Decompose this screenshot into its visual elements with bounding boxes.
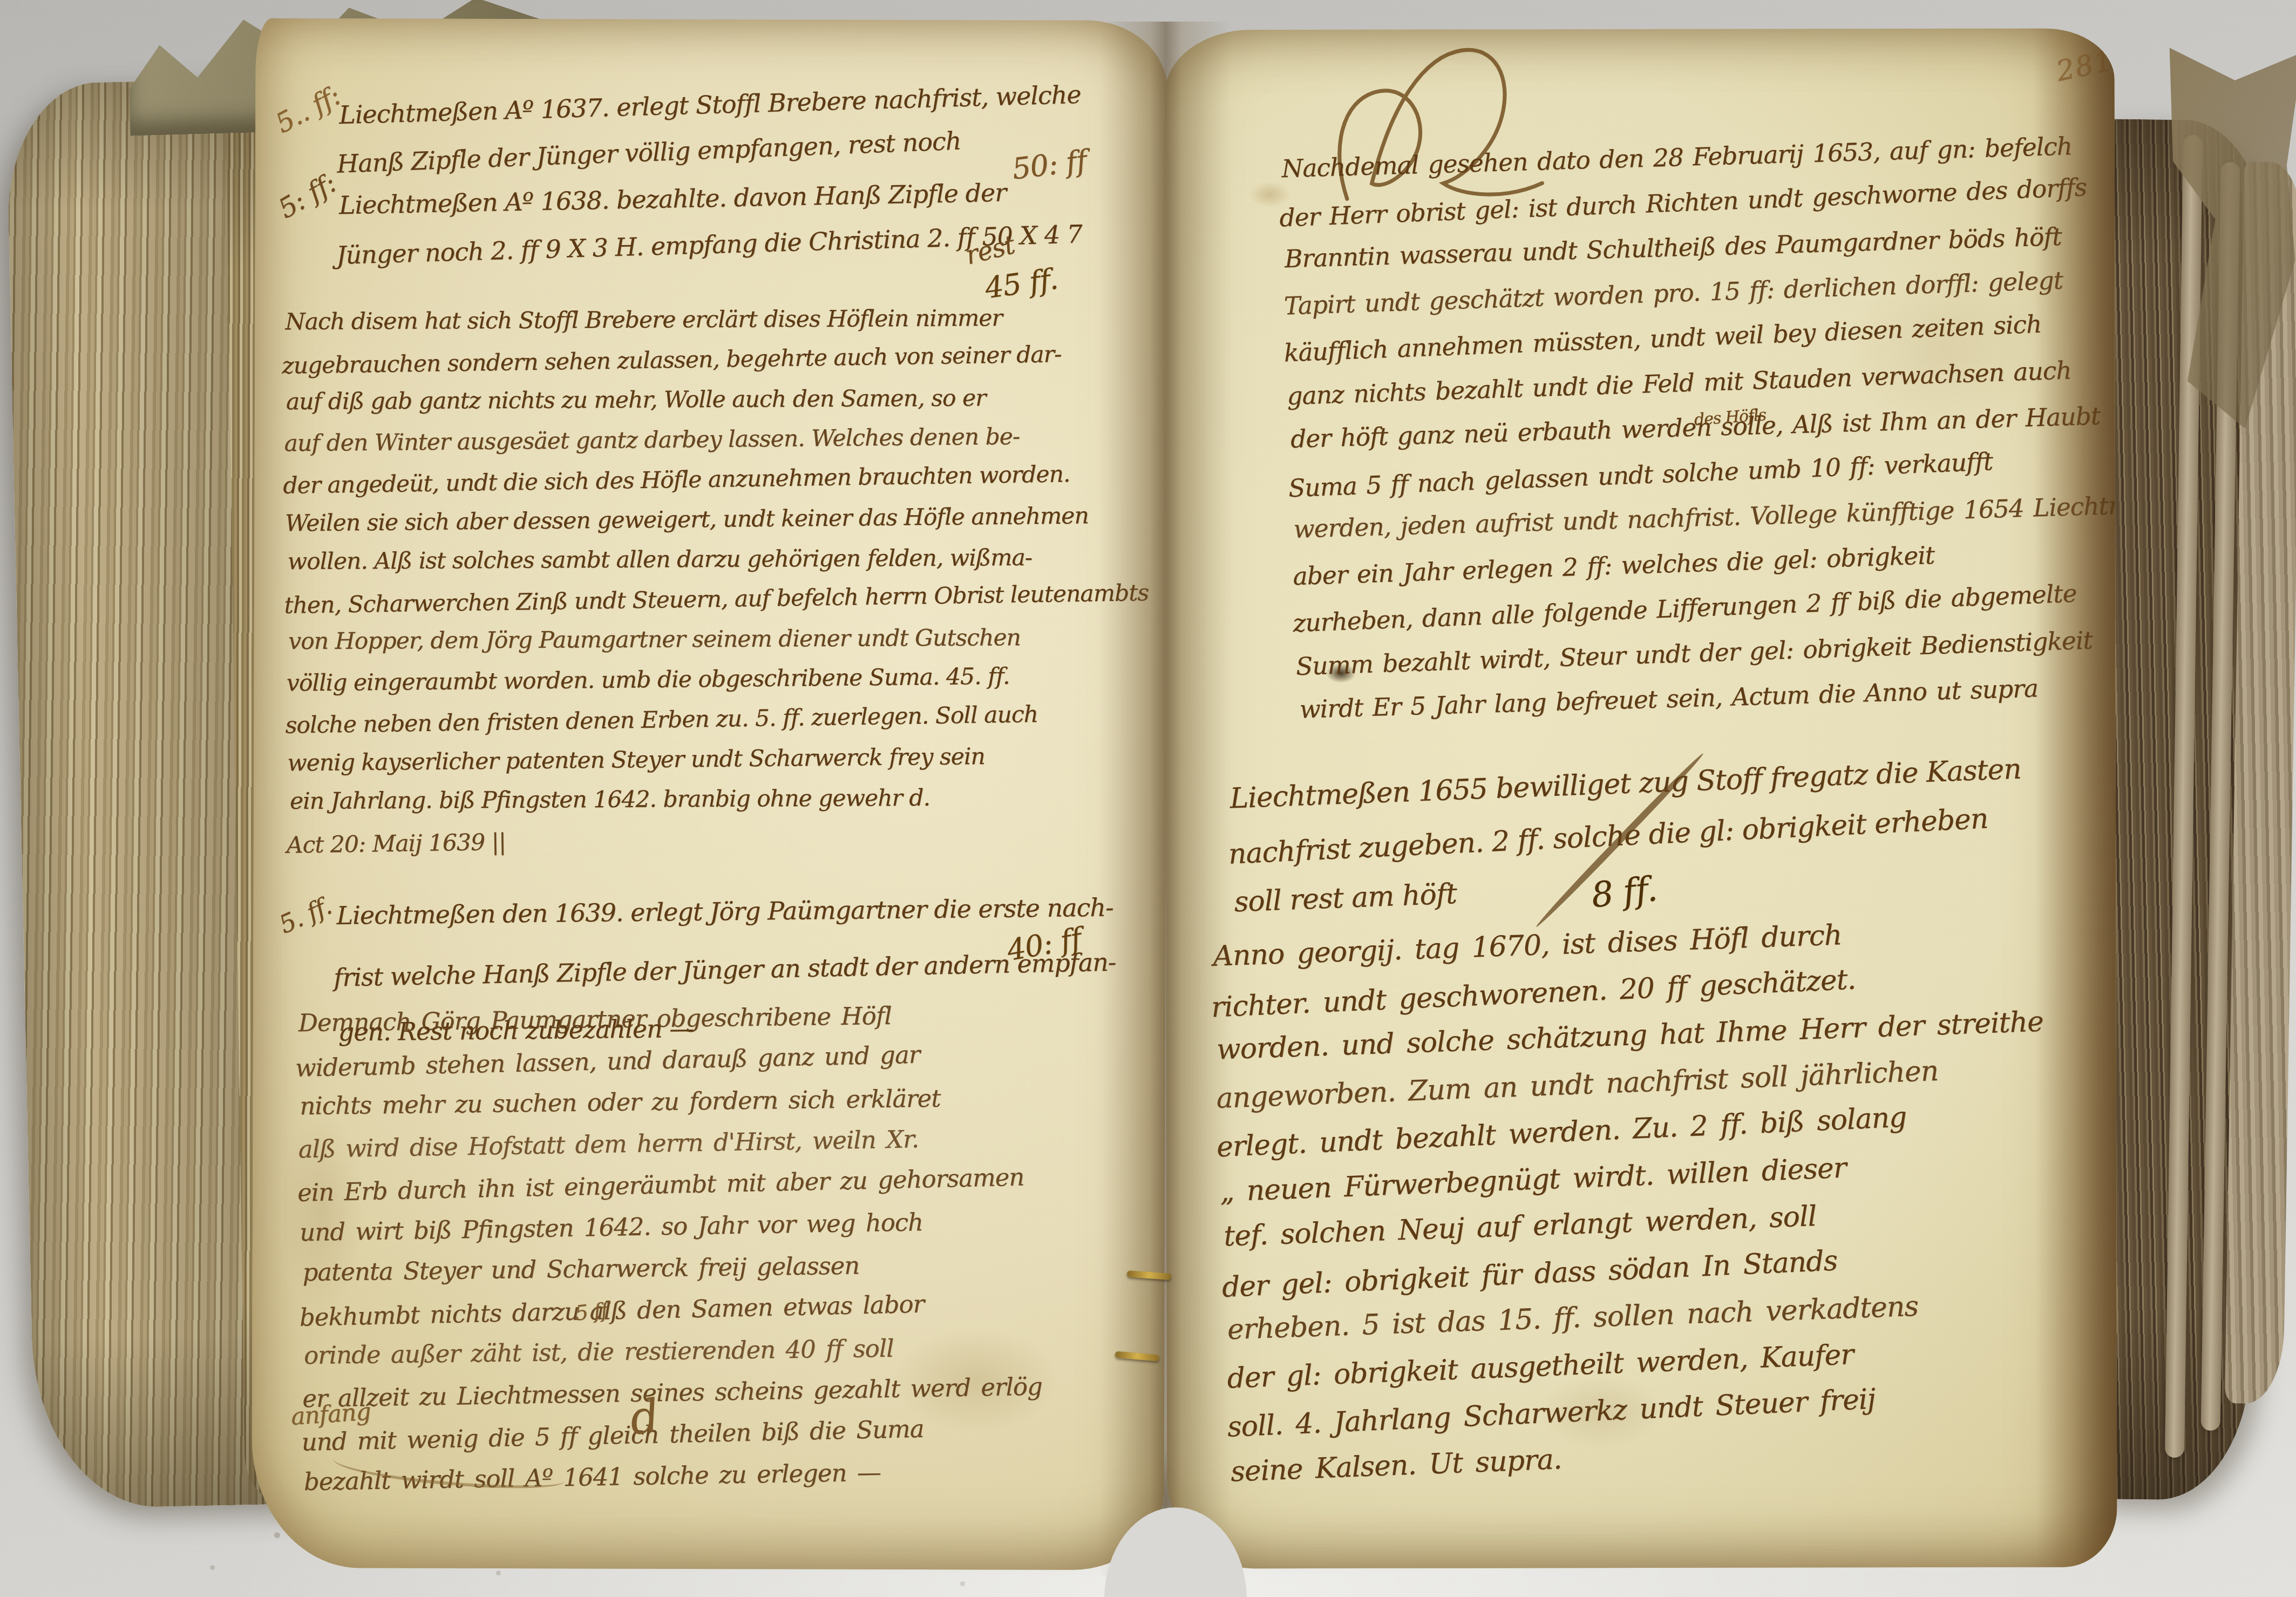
georgii-1670-paragraph: Anno georgij. tag 1670, ist dises Höfl d… [1210, 903, 2073, 1495]
actum-1653-paragraph: Nachdemal gesehen dato den 28 Februarij … [1279, 122, 2096, 734]
margin-amount-1637: 5.. ff: [270, 80, 345, 139]
left-page: 5.. ff: Liechtmeßen Aº 1637. erlegt Stof… [252, 18, 1168, 1570]
handwritten-line: Act 20: Maij 1639 || [286, 813, 1139, 865]
left-closing-paragraph: Demnach Görg Paumgartner obgeschribene H… [296, 992, 1044, 1503]
fore-edge-burn [2034, 28, 2117, 1567]
handwritten-line: von Hopper, dem Jörg Paumgartner seinem … [288, 618, 1141, 662]
margin-amount-1639: 5. ff. [275, 891, 336, 939]
amount-8ff: 8 ff. [1589, 869, 1659, 916]
left-main-paragraph: Nach disem hat sich Stoffl Brebere erclä… [283, 296, 1141, 863]
handwritten-line: auf diß gab gantz nichts zu mehr, Wolle … [286, 378, 1139, 422]
right-page: 281 Nachdemal gesehen dato den 28 Februa… [1165, 28, 2117, 1568]
margin-amount-1638: 5: ff: [273, 167, 341, 225]
interlinear-5ff: 5 ff [574, 1298, 609, 1325]
handwritten-line: wenig kayserlicher patenten Steyer undt … [287, 735, 1140, 783]
handwritten-line: Weilen sie sich aber dessen geweigert, u… [285, 496, 1138, 544]
entry-1637-lines: Liechtmeßen Aº 1637. erlegt Stoffl Brebe… [336, 70, 1081, 185]
photo-backdrop: 5.. ff: Liechtmeßen Aº 1637. erlegt Stof… [0, 0, 2296, 1597]
closing-word: anfang [290, 1398, 371, 1431]
